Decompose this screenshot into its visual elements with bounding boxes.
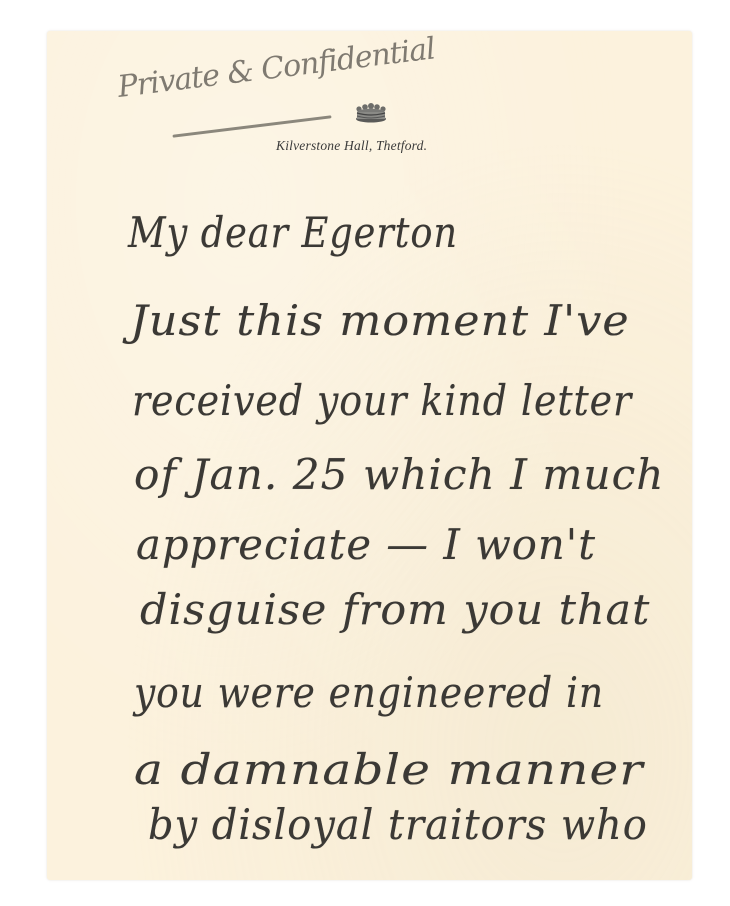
body-line-7: a damnable manner (134, 745, 644, 794)
body-line-4: appreciate — I won't (136, 520, 596, 569)
body-line-5: disguise from you that (140, 585, 650, 634)
body-line-2: received your kind letter (132, 376, 632, 425)
body-line-3: of Jan. 25 which I much (134, 450, 665, 499)
body-line-1: Just this moment I've (130, 296, 630, 345)
body-line-8: by disloyal traitors who (148, 800, 648, 849)
coronet-icon (353, 100, 389, 124)
letterhead-address: Kilverstone Hall, Thetford. (276, 138, 427, 154)
body-line-6: you were engineered in (134, 668, 604, 717)
salutation-line: My dear Egerton (128, 208, 458, 257)
